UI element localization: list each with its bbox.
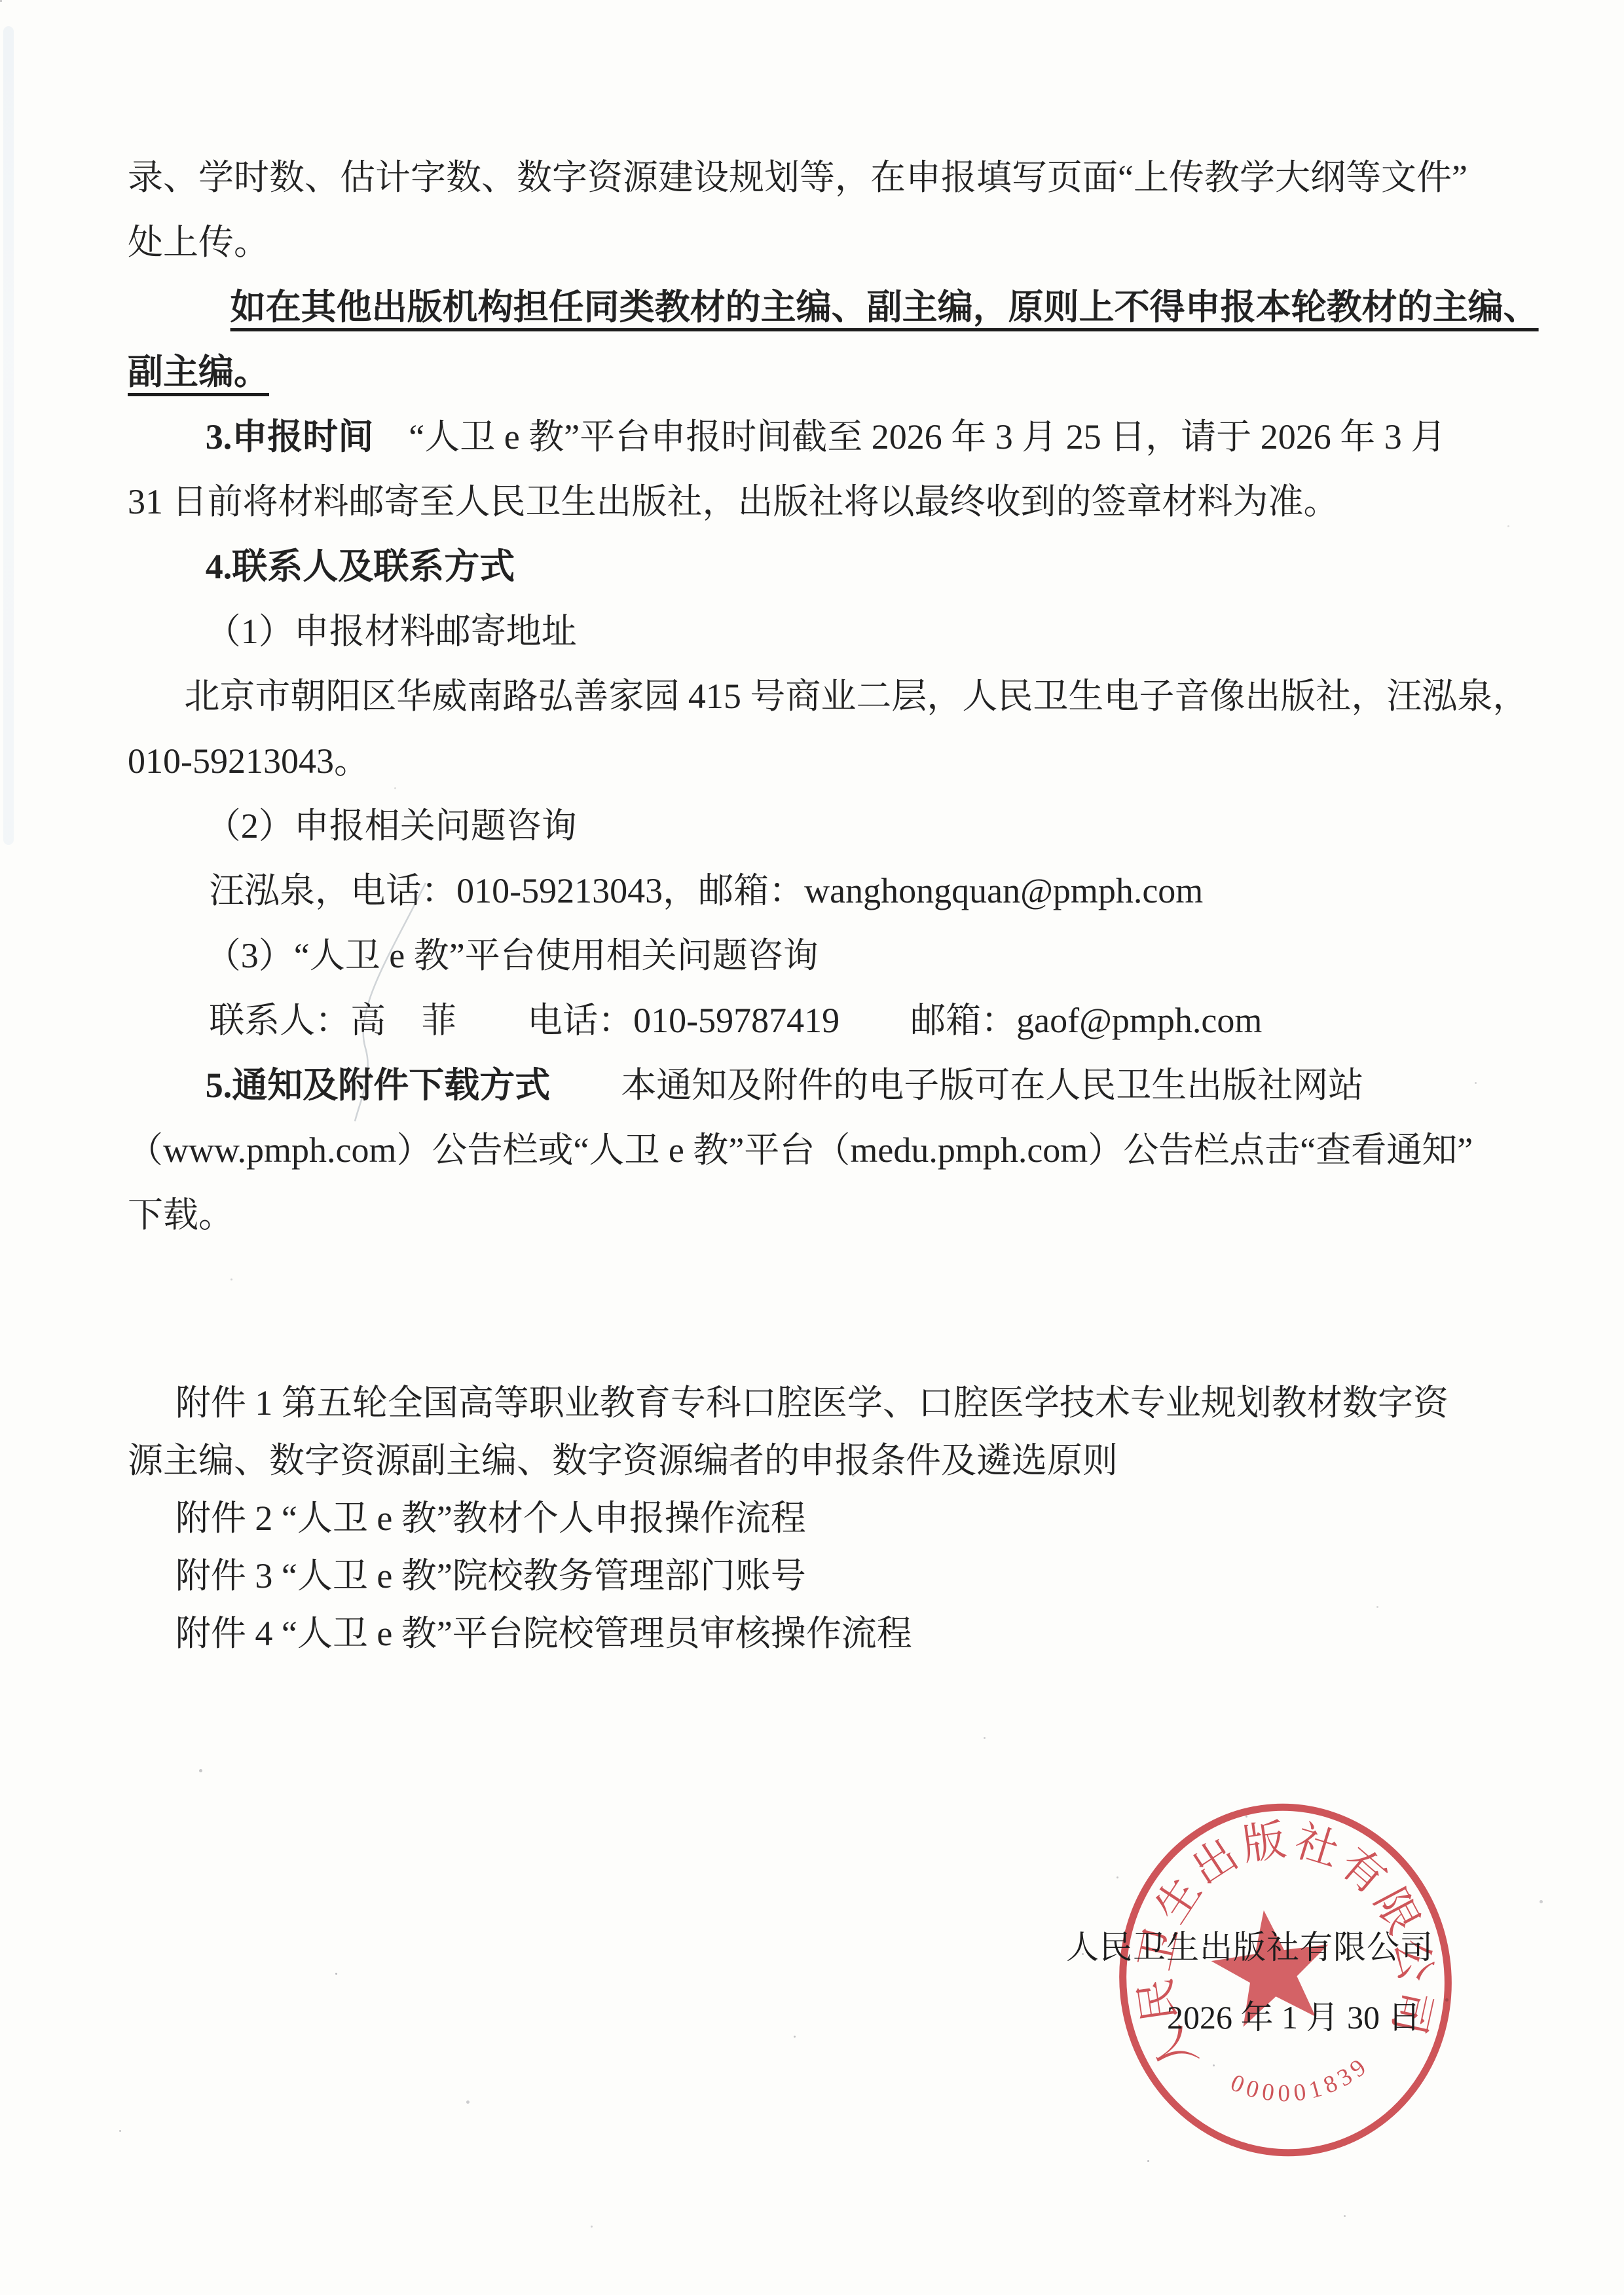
text-segment: 副主编。 — [128, 352, 269, 392]
text-line: （1）申报材料邮寄地址 — [128, 599, 1509, 664]
text-segment: 联系人：高 菲 电话：010-59787419 邮箱：gaof@pmph.com — [209, 1001, 1262, 1040]
text-segment: 31 日前将材料邮寄至人民卫生出版社，出版社将以最终收到的签章材料为准。 — [128, 482, 1339, 521]
text-line: 汪泓泉，电话：010-59213043，邮箱：wanghongquan@pmph… — [128, 859, 1509, 924]
text-line: 副主编。 — [128, 340, 1509, 405]
text-line: 4.联系人及联系方式 — [128, 534, 1509, 599]
text-segment: “人卫 e 教”平台申报时间截至 2026 年 3 月 25 日，请于 2026… — [373, 417, 1446, 457]
text-line: 录、学时数、估计字数、数字资源建设规划等，在申报填写页面“上传教学大纲等文件” — [128, 145, 1509, 210]
signature-date: 2026 年 1 月 30 日 — [1167, 1991, 1421, 2038]
text-line: （3）“人卫 e 教”平台使用相关问题咨询 — [128, 924, 1509, 988]
scanner-edge-artifact — [3, 26, 14, 845]
text-segment: 附件 1 第五轮全国高等职业教育专科口腔医学、口腔医学技术专业规划教材数字资 — [175, 1383, 1449, 1423]
text-segment: 汪泓泉，电话：010-59213043，邮箱：wanghongquan@pmph… — [209, 871, 1203, 910]
text-segment: 如在其他出版机构担任同类教材的主编、副主编，原则上不得申报本轮教材的主编、 — [231, 288, 1539, 327]
company-seal-stamp: 人民卫生出版社有限公司 1100000183908 — [1100, 1780, 1467, 2199]
text-line: 处上传。 — [128, 210, 1509, 275]
document-body: 录、学时数、估计字数、数字资源建设规划等，在申报填写页面“上传教学大纲等文件”处… — [128, 145, 1509, 1662]
text-segment: 录、学时数、估计字数、数字资源建设规划等，在申报填写页面“上传教学大纲等文件” — [128, 158, 1467, 197]
text-segment: 010-59213043。 — [128, 741, 369, 781]
text-segment: （3）“人卫 e 教”平台使用相关问题咨询 — [206, 936, 819, 975]
text-line: （2）申报相关问题咨询 — [128, 794, 1509, 859]
text-segment: 附件 2 “人卫 e 教”教材个人申报操作流程 — [175, 1499, 806, 1538]
text-line: 010-59213043。 — [128, 729, 1509, 794]
text-segment: 附件 4 “人卫 e 教”平台院校管理员审核操作流程 — [175, 1614, 912, 1653]
text-segment: 源主编、数字资源副主编、数字资源编者的申报条件及遴选原则 — [128, 1441, 1118, 1480]
text-line: 附件 4 “人卫 e 教”平台院校管理员审核操作流程 — [128, 1605, 1509, 1662]
text-line: 附件 3 “人卫 e 教”院校教务管理部门账号 — [128, 1547, 1509, 1605]
text-segment: 3.申报时间 — [206, 417, 374, 457]
text-segment: 本通知及附件的电子版可在人民卫生出版社网站 — [550, 1066, 1363, 1105]
text-segment: 附件 3 “人卫 e 教”院校教务管理部门账号 — [175, 1556, 806, 1595]
text-line: 附件 1 第五轮全国高等职业教育专科口腔医学、口腔医学技术专业规划教材数字资 — [128, 1374, 1509, 1432]
text-segment: （www.pmph.com）公告栏或“人卫 e 教”平台（medu.pmph.c… — [128, 1130, 1473, 1170]
text-line: 5.通知及附件下载方式 本通知及附件的电子版可在人民卫生出版社网站 — [128, 1053, 1509, 1118]
scan-speckles — [0, 0, 2, 2]
text-line: 31 日前将材料邮寄至人民卫生出版社，出版社将以最终收到的签章材料为准。 — [128, 470, 1509, 534]
text-line: 下载。 — [128, 1183, 1509, 1248]
text-segment: 北京市朝阳区华威南路弘善家园 415 号商业二层，人民卫生电子音像出版社，汪泓泉… — [184, 677, 1528, 716]
signature-company: 人民卫生出版社有限公司 — [1066, 1921, 1433, 1968]
text-segment: 处上传。 — [128, 223, 269, 262]
text-segment: （1）申报材料邮寄地址 — [206, 612, 577, 651]
text-line: （www.pmph.com）公告栏或“人卫 e 教”平台（medu.pmph.c… — [128, 1118, 1509, 1183]
text-line: 源主编、数字资源副主编、数字资源编者的申报条件及遴选原则 — [128, 1432, 1509, 1489]
text-line: 如在其他出版机构担任同类教材的主编、副主编，原则上不得申报本轮教材的主编、 — [128, 275, 1509, 340]
text-segment: 4.联系人及联系方式 — [206, 547, 515, 586]
text-segment: 5.通知及附件下载方式 — [206, 1066, 551, 1105]
text-line: 北京市朝阳区华威南路弘善家园 415 号商业二层，人民卫生电子音像出版社，汪泓泉… — [128, 664, 1509, 729]
text-line: 附件 2 “人卫 e 教”教材个人申报操作流程 — [128, 1489, 1509, 1547]
text-segment: （2）申报相关问题咨询 — [206, 806, 577, 846]
text-line: 联系人：高 菲 电话：010-59787419 邮箱：gaof@pmph.com — [128, 988, 1509, 1053]
text-segment: 下载。 — [128, 1195, 234, 1235]
text-line: 3.申报时间 “人卫 e 教”平台申报时间截至 2026 年 3 月 25 日，… — [128, 405, 1509, 470]
